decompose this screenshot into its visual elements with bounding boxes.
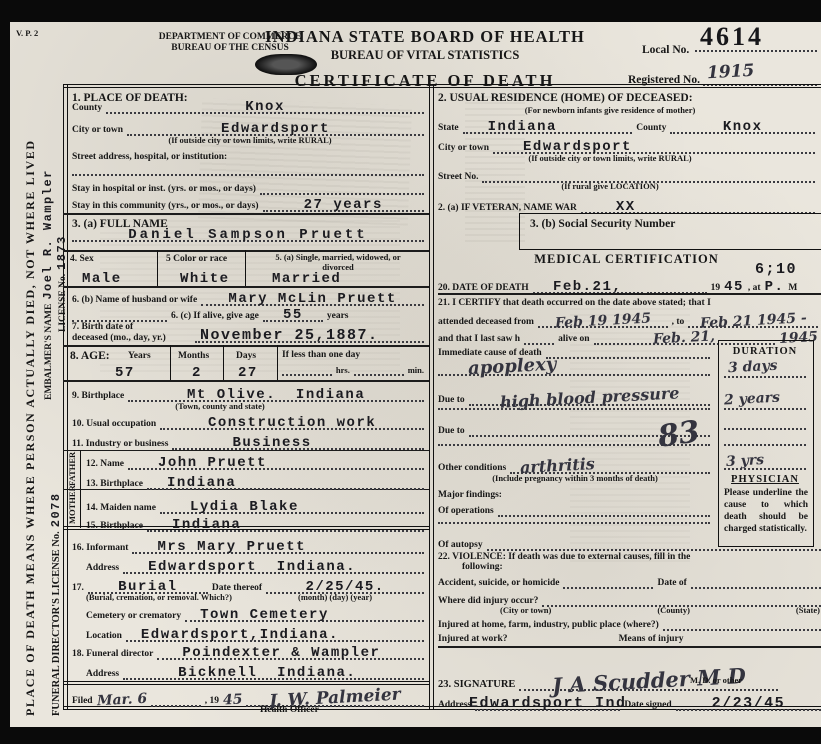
duration-line2: [724, 408, 806, 410]
certificate-title: CERTIFICATE OF DEATH: [260, 72, 590, 90]
informant-address-row: Address Edwardsport Indiana.: [86, 560, 424, 574]
county-note: (County): [657, 606, 690, 616]
age-days-label: Days: [236, 351, 256, 362]
birthplace-row: 9. Birthplace Mt Olive. Indiana: [72, 388, 424, 402]
residence-state-row: State Indiana County Knox: [438, 120, 815, 134]
date-of-death-value: Feb.21,: [553, 280, 622, 294]
duration-line3: [724, 428, 806, 430]
margin-funeral-license: FUNERAL DIRECTOR'S LICENSE No. 2078: [46, 492, 64, 716]
funeral-address-label: Address: [86, 669, 119, 680]
occupation-row: 10. Usual occupation Construction work: [72, 416, 424, 430]
residence-city-row: City or town Edwardsport: [438, 140, 815, 154]
last-saw-label2: alive on: [558, 334, 589, 345]
industry-row: 11. Industry or business Business: [72, 436, 424, 450]
veteran-value: XX: [616, 200, 636, 214]
filed-row: Filed Mar. 6 , 19 45 J. W. Palmeier: [72, 690, 424, 707]
cause-line1: [438, 374, 710, 376]
injured-at-home-row: Injured at home, farm, industry, public …: [438, 620, 821, 631]
industry-label: 11. Industry or business: [72, 439, 168, 450]
duration-heading: DURATION: [718, 346, 812, 358]
stay-hospital-row: Stay in hospital or inst. (yrs. or mos.,…: [72, 184, 424, 195]
scan-border-bottom: [0, 727, 821, 744]
date-signed-value: 2/23/45: [712, 696, 786, 711]
occupation-label: 10. Usual occupation: [72, 419, 156, 430]
veteran-row: 2. (a) IF VETERAN, NAME WAR XX: [438, 200, 815, 214]
rural-note: (If outside city or town limits, write R…: [100, 136, 400, 146]
section-rule: [63, 213, 429, 215]
marital-label-line1: 5. (a) Single, married, widowed, or: [275, 252, 400, 262]
header-rule: [63, 84, 821, 88]
stay-community-row: Stay in this community (yrs., or mos., o…: [72, 198, 424, 212]
certify-line1: 21. I CERTIFY that death occurred on the…: [438, 298, 711, 309]
signature-address-label: Address: [438, 700, 471, 711]
father-name-value: John Pruett: [158, 456, 267, 470]
age-min-label: min.: [408, 366, 424, 376]
marital-value: Married: [272, 272, 341, 286]
age-less-label: If less than one day: [282, 350, 360, 361]
last-saw-value: Feb. 21,: [653, 329, 716, 346]
full-name-value: Daniel Sampson Pruett: [128, 228, 367, 242]
cemetery-row: Cemetery or crematory Town Cemetery: [86, 608, 424, 622]
age-years-value: 57: [115, 366, 135, 380]
signature-address-row: Address Edwardsport Ind Date signed 2/23…: [438, 696, 821, 711]
stay-community-value: 27 years: [304, 198, 383, 212]
death-time-value: 6;10: [755, 262, 797, 277]
signature-address-value: Edwardsport Ind: [469, 696, 627, 711]
residence-infant-note: (For newborn infants give residence of m…: [460, 106, 760, 116]
birthplace-note: (Town, county and state): [110, 402, 330, 412]
local-no-label: Local No.: [642, 44, 689, 57]
violence-heading2: following:: [462, 562, 503, 573]
accident-label: Accident, suicide, or homicide: [438, 578, 559, 589]
physician-heading: PHYSICIAN: [718, 474, 812, 486]
attended-to-value: Feb 21 1945 -: [699, 311, 806, 331]
of-operations-label: Of operations: [438, 506, 494, 517]
mother-birthplace-label: 15. Birthplace: [86, 521, 143, 532]
residence-county-value: Knox: [723, 120, 763, 134]
city-row: City or town Edwardsport: [72, 122, 424, 136]
city-label: City or town: [72, 125, 123, 136]
age-years-label: Years: [128, 351, 151, 362]
certificate-paper: V. P. 2 PLACE OF DEATH MEANS WHERE PERSO…: [10, 22, 821, 727]
dod-year-value: 45: [724, 280, 744, 294]
dod-underline: [438, 293, 821, 295]
father-birthplace-label: 13. Birthplace: [86, 479, 143, 490]
cemetery-label: Cemetery or crematory: [86, 611, 181, 622]
means-of-injury-label: Means of injury: [619, 634, 684, 645]
other-conditions-row: Other conditions arthritis: [438, 458, 710, 474]
filed-label: Filed: [72, 696, 93, 707]
board-title: INDIANA STATE BOARD OF HEALTH: [260, 28, 590, 46]
street-label: Street address, hospital, or institution…: [72, 152, 227, 163]
injured-at-work-row: Injured at work? Means of injury: [438, 634, 821, 645]
race-value: White: [180, 272, 230, 286]
signature-label: 23. SIGNATURE: [438, 679, 515, 691]
age-days-value: 27: [238, 366, 258, 380]
filed-top-rule: [63, 681, 429, 685]
residence-heading: 2. USUAL RESIDENCE (HOME) OF DECEASED:: [438, 92, 693, 105]
birthplace-value: Mt Olive. Indiana: [187, 388, 365, 402]
cemetery-value: Town Cemetery: [200, 608, 329, 622]
age-heading: 8. AGE:: [70, 350, 110, 363]
birthplace-label: 9. Birthplace: [72, 391, 124, 402]
informant-label: 16. Informant: [72, 543, 128, 554]
sex-label: 4. Sex: [70, 254, 94, 265]
certify-line2: attended deceased from Feb 19 1945 , to …: [438, 314, 818, 328]
burial-location-value: Edwardsport,Indiana.: [141, 628, 339, 642]
violence-underline: [438, 646, 821, 648]
filed-date: Mar. 6: [96, 692, 147, 709]
informant-row: 16. Informant Mrs Mary Pruett: [72, 540, 424, 554]
where-injury-notes: (City or town) (County) (State): [500, 606, 820, 616]
funeral-director-value: Poindexter & Wampler: [182, 646, 380, 660]
informant-address-label: Address: [86, 563, 119, 574]
funeral-license-number: 2078: [49, 492, 63, 527]
funeral-director-label: 18. Funeral director: [72, 649, 153, 660]
death-certificate-scan: V. P. 2 PLACE OF DEATH MEANS WHERE PERSO…: [0, 0, 821, 744]
form-center-divider: [429, 84, 434, 710]
duration-line1: [724, 376, 806, 378]
cause-code-value: 83: [656, 417, 702, 453]
registered-no-value: 1915: [707, 63, 755, 82]
due-to-label2: Due to: [438, 426, 465, 437]
bureau-title: BUREAU OF VITAL STATISTICS: [260, 48, 590, 62]
health-officer-label: Health Officer: [260, 705, 319, 716]
findings-line: [438, 522, 710, 524]
spouse-row: 6. (b) Name of husband or wife Mary McLi…: [72, 292, 424, 306]
mother-name-value: Lydia Blake: [190, 500, 299, 514]
major-findings-heading: Major findings:: [438, 490, 502, 501]
mother-birthplace-value: Indiana: [172, 518, 241, 532]
duration-due1-value: 2 years: [724, 391, 781, 408]
spouse-age-label: 6. (c) If alive, give age: [171, 311, 259, 322]
father-birthplace-value: Indiana: [167, 476, 236, 490]
father-name-row: 12. Name John Pruett: [86, 456, 424, 470]
scan-border-left: [0, 0, 10, 744]
birth-date-label1: 7. Birth date of: [72, 322, 133, 333]
full-name-row: Daniel Sampson Pruett: [72, 228, 424, 242]
margin-place-note: PLACE OF DEATH MEANS WHERE PERSON ACTUAL…: [24, 139, 37, 716]
stay-hospital-label: Stay in hospital or inst. (yrs. or mos.,…: [72, 184, 256, 195]
sex-box-div2: [245, 250, 246, 286]
date-of-death-row: 20. DATE OF DEATH Feb.21, 19 45 , at P. …: [438, 280, 818, 294]
age-div3: [277, 345, 278, 380]
attended-from-value: Feb 19 1945: [554, 311, 651, 330]
residence-city-value: Edwardsport: [523, 140, 632, 154]
duration-line5: [724, 468, 806, 470]
age-months-value: 2: [192, 366, 202, 380]
scan-border-top: [0, 0, 821, 22]
due-to-row1: Due to high blood pressure: [438, 390, 710, 406]
funeral-license-label: FUNERAL DIRECTOR'S LICENSE No.: [51, 531, 62, 716]
residence-state-label: State: [438, 123, 459, 134]
of-autopsy-label: Of autopsy: [438, 540, 483, 551]
birth-date-label2: deceased (mo., day, yr.): [72, 333, 166, 344]
residence-location-note: (If rural give LOCATION): [460, 182, 760, 192]
father-side-label: FATHER: [68, 452, 78, 486]
residence-rural-note: (If outside city or town limits, write R…: [460, 154, 760, 164]
accident-row: Accident, suicide, or homicide Date of: [438, 578, 821, 589]
attended-from-label: attended deceased from: [438, 317, 534, 328]
burial-location-label: Location: [86, 631, 122, 642]
injured-at-work-label: Injured at work?: [438, 634, 508, 645]
spouse-label: 6. (b) Name of husband or wife: [72, 295, 197, 306]
md-or-other-note: M. D. or other: [690, 676, 742, 686]
spouse-age-unit: years: [327, 311, 349, 322]
state-note: (State): [796, 606, 820, 616]
spouse-age-value: 55: [283, 308, 303, 322]
burial-which-note: (Burial, cremation, or removal. Which?): [86, 593, 232, 603]
city-or-town-note: (City or town): [500, 606, 551, 616]
duration-other-value: 3 yrs: [726, 453, 765, 469]
sex-value: Male: [82, 272, 122, 286]
date-of-label: Date of: [657, 578, 686, 589]
attended-to-label: , to: [672, 317, 685, 328]
duration-immediate-value: 3 days: [728, 359, 778, 376]
birth-date-line: [195, 341, 424, 343]
form-left-border: [63, 84, 68, 710]
residence-county-label: County: [636, 123, 666, 134]
age-div1: [170, 345, 171, 380]
age-div2: [223, 345, 224, 380]
injured-at-home-label: Injured at home, farm, industry, public …: [438, 620, 659, 631]
father-birthplace-row: 13. Birthplace Indiana: [86, 476, 424, 490]
age-box-top: [63, 345, 429, 347]
county-label: County: [72, 103, 102, 114]
last-saw-label: and that I last saw h: [438, 334, 520, 345]
funeral-address-value: Bicknell Indiana.: [178, 666, 356, 680]
physician-note: Please underline the cause to which deat…: [724, 488, 808, 536]
of-autopsy-row: Of autopsy: [438, 540, 821, 551]
mother-name-label: 14. Maiden name: [86, 503, 156, 514]
funeral-director-row: 18. Funeral director Poindexter & Wample…: [72, 646, 424, 660]
parents-top-rule: [63, 450, 429, 451]
filed-year-printed: , 19: [205, 696, 219, 707]
stay-community-label: Stay in this community (yrs., or mos., o…: [72, 201, 259, 212]
date-signed-label: Date signed: [624, 700, 671, 711]
burial-location-row: Location Edwardsport,Indiana.: [86, 628, 424, 642]
mother-side-label: MOTHER: [68, 485, 78, 524]
marital-label: 5. (a) Single, married, widowed, or divo…: [250, 253, 426, 272]
age-hrs-label: hrs.: [336, 366, 350, 376]
due-to-label1: Due to: [438, 395, 465, 406]
residence-state-value: Indiana: [488, 120, 557, 134]
industry-value: Business: [232, 436, 311, 450]
local-no-value: 4614: [700, 22, 764, 52]
mother-birthplace-row: 15. Birthplace Indiana: [86, 518, 424, 532]
funeral-address-row: Address Bicknell Indiana.: [86, 666, 424, 680]
residence-city-label: City or town: [438, 143, 489, 154]
form-code: V. P. 2: [16, 29, 38, 39]
dod-meridiem-value: P.: [765, 280, 785, 294]
spouse-name: Mary McLin Pruett: [228, 292, 396, 306]
father-name-label: 12. Name: [86, 459, 124, 470]
spouse-age-row: 6. (c) If alive, give age 55 years: [72, 308, 424, 322]
county-value: Knox: [245, 100, 285, 114]
pregnancy-note: (Include pregnancy within 3 months of de…: [450, 474, 700, 484]
cause-line2: [438, 408, 710, 410]
age-hrs-min-row: hrs. min.: [282, 366, 424, 376]
title-block: INDIANA STATE BOARD OF HEALTH BUREAU OF …: [260, 28, 590, 91]
duration-line4: [724, 444, 806, 446]
age-months-label: Months: [178, 351, 209, 362]
filed-year: 45: [223, 692, 243, 707]
county-row: County Knox: [72, 100, 424, 114]
race-label: 5 Color or race: [166, 254, 227, 265]
city-value: Edwardsport: [221, 122, 330, 136]
mother-name-row: 14. Maiden name Lydia Blake: [86, 500, 424, 514]
informant-address-value: Edwardsport Indiana.: [148, 560, 356, 574]
informant-name: Mrs Mary Pruett: [157, 540, 306, 554]
burial-mdy-note: (month) (day) (year): [298, 593, 372, 603]
local-no-line: [695, 50, 817, 52]
occupation-value: Construction work: [208, 416, 376, 430]
sex-box-div1: [157, 250, 158, 286]
ssn-label: 3. (b) Social Security Number: [530, 218, 675, 231]
of-operations-row: Of operations: [438, 506, 710, 517]
street-line: [72, 174, 424, 176]
burial-num: 17.: [72, 583, 84, 594]
